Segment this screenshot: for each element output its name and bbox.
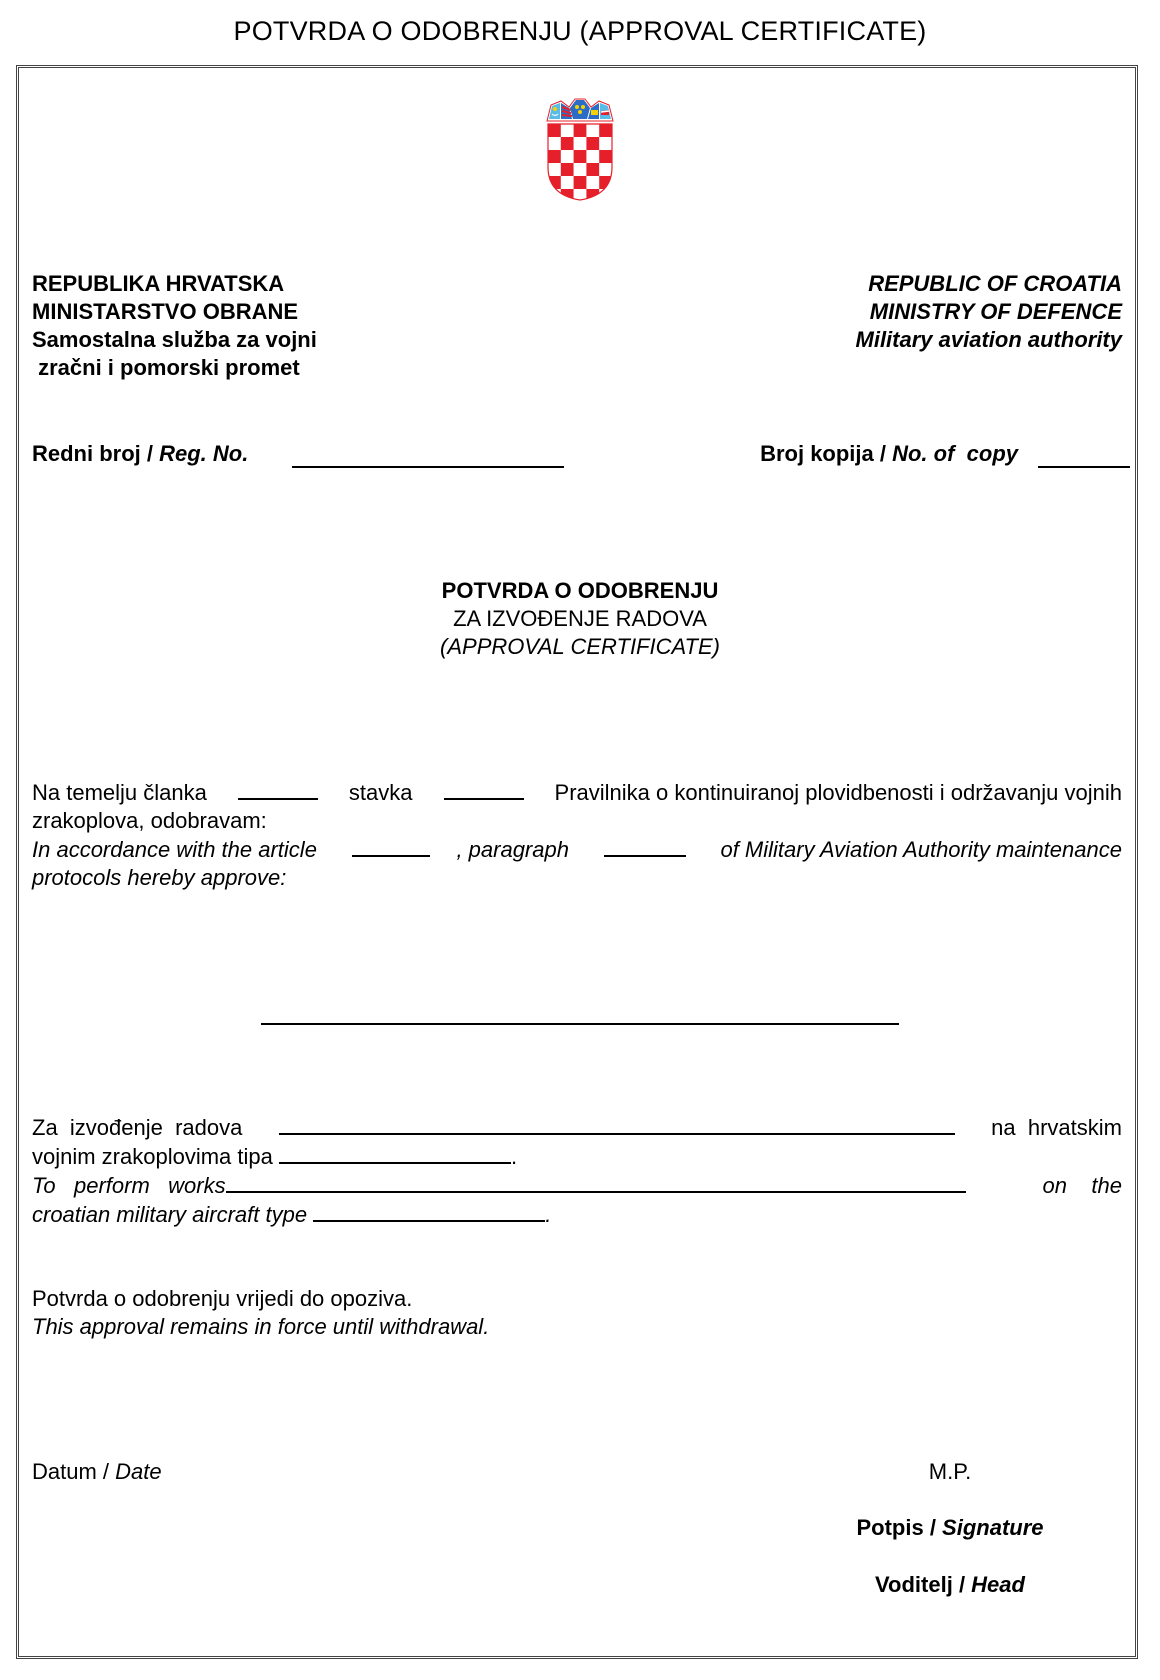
basis-en-text2: , paragraph bbox=[456, 836, 569, 864]
issuer-block-croatian: REPUBLIKA HRVATSKA MINISTARSTVO OBRANE S… bbox=[32, 270, 317, 382]
head-label: Voditelj / Head bbox=[800, 1571, 1100, 1599]
basis-en-text1: In accordance with the article bbox=[32, 836, 317, 864]
date-label-en: Date bbox=[115, 1459, 161, 1484]
aircraft-type-field[interactable] bbox=[279, 1142, 511, 1164]
issuer-service-hr-line2: zračni i pomorski promet bbox=[32, 354, 317, 382]
approved-subject-field[interactable] bbox=[261, 1023, 899, 1025]
certificate-title-line1: POTVRDA O ODOBRENJU bbox=[0, 577, 1160, 605]
legal-basis-paragraph: Na temelju članka stavka Pravilnika o ko… bbox=[32, 778, 1122, 892]
reg-no-label-en: Reg. No. bbox=[159, 441, 248, 466]
issuer-authority-en: Military aviation authority bbox=[856, 326, 1123, 354]
basis-en-text3: of Military Aviation Authority maintenan… bbox=[720, 836, 1122, 864]
works-en-text1: To perform works bbox=[32, 1172, 226, 1200]
issuer-service-hr-line1: Samostalna služba za vojni bbox=[32, 326, 317, 354]
issuer-country-hr: REPUBLIKA HRVATSKA bbox=[32, 270, 317, 298]
works-en-period: . bbox=[545, 1202, 551, 1227]
works-paragraph: Za izvođenje radova na hrvatskim vojnim … bbox=[32, 1113, 1122, 1229]
signature-label-en: Signature bbox=[942, 1515, 1043, 1540]
works-field[interactable] bbox=[279, 1113, 955, 1135]
aircraft-type-field-en[interactable] bbox=[313, 1200, 545, 1222]
stamp-placeholder: M.P. bbox=[880, 1458, 1020, 1486]
copy-no-label-en: No. of copy bbox=[892, 441, 1018, 466]
validity-hr: Potvrda o odobrenju vrijedi do opoziva. bbox=[32, 1285, 1122, 1313]
works-en-text2: on the bbox=[1042, 1172, 1122, 1200]
validity-statement: Potvrda o odobrenju vrijedi do opoziva. … bbox=[32, 1285, 1122, 1341]
issuer-country-en: REPUBLIC OF CROATIA bbox=[856, 270, 1123, 298]
validity-en: This approval remains in force until wit… bbox=[32, 1313, 1122, 1341]
works-hr-text2: na hrvatskim bbox=[991, 1114, 1122, 1142]
document-title: POTVRDA O ODOBRENJU (APPROVAL CERTIFICAT… bbox=[0, 16, 1160, 47]
reg-no-field[interactable] bbox=[292, 440, 564, 468]
head-label-en: Head bbox=[971, 1572, 1025, 1597]
works-hr-period: . bbox=[511, 1144, 517, 1169]
head-label-hr: Voditelj / bbox=[875, 1572, 971, 1597]
coat-of-arms-icon bbox=[545, 97, 615, 202]
works-en-line2: croatian military aircraft type bbox=[32, 1202, 307, 1227]
paragraph-field[interactable] bbox=[444, 778, 524, 800]
basis-en-line2: protocols hereby approve: bbox=[32, 864, 1122, 892]
copy-no-label-hr: Broj kopija / bbox=[760, 441, 892, 466]
date-label: Datum / Date bbox=[32, 1458, 162, 1486]
works-hr-text1: Za izvođenje radova bbox=[32, 1114, 242, 1142]
copy-no-row: Broj kopija / No. of copy bbox=[760, 440, 1018, 468]
reg-no-row: Redni broj / Reg. No. bbox=[32, 440, 248, 468]
reg-no-label-hr: Redni broj / bbox=[32, 441, 159, 466]
copy-no-field[interactable] bbox=[1038, 440, 1130, 468]
signature-label: Potpis / Signature bbox=[800, 1514, 1100, 1542]
basis-hr-text1: Na temelju članka bbox=[32, 779, 207, 807]
issuer-ministry-en: MINISTRY OF DEFENCE bbox=[856, 298, 1123, 326]
issuer-ministry-hr: MINISTARSTVO OBRANE bbox=[32, 298, 317, 326]
article-field-en[interactable] bbox=[352, 835, 430, 857]
works-field-en[interactable] bbox=[226, 1171, 966, 1193]
article-field[interactable] bbox=[238, 778, 318, 800]
certificate-title-line2: ZA IZVOĐENJE RADOVA bbox=[0, 605, 1160, 633]
basis-hr-text3: Pravilnika o kontinuiranoj plovidbenosti… bbox=[555, 779, 1122, 807]
signature-label-hr: Potpis / bbox=[856, 1515, 942, 1540]
issuer-block-english: REPUBLIC OF CROATIA MINISTRY OF DEFENCE … bbox=[856, 270, 1123, 354]
paragraph-field-en[interactable] bbox=[604, 835, 686, 857]
works-hr-line2: vojnim zrakoplovima tipa bbox=[32, 1144, 273, 1169]
basis-hr-line2: zrakoplova, odobravam: bbox=[32, 807, 1122, 835]
basis-hr-text2: stavka bbox=[349, 779, 413, 807]
certificate-title: POTVRDA O ODOBRENJU ZA IZVOĐENJE RADOVA … bbox=[0, 577, 1160, 661]
date-label-hr: Datum / bbox=[32, 1459, 115, 1484]
certificate-title-line3: (APPROVAL CERTIFICATE) bbox=[0, 633, 1160, 661]
